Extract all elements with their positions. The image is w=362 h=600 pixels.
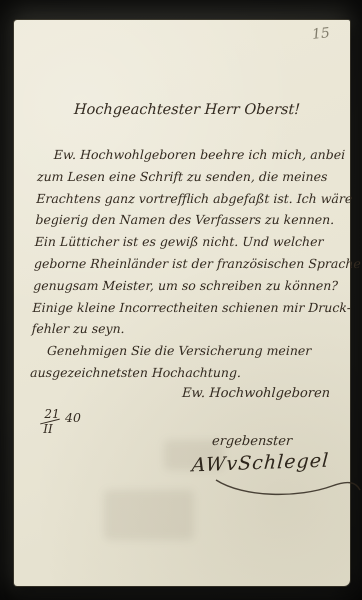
- date-fraction: 21 II: [40, 408, 60, 435]
- letter-line: Ew. Hochwohlgeboren beehre ich mich, anb…: [37, 144, 350, 166]
- letter-line: Ein Lütticher ist es gewiß nicht. Und we…: [34, 231, 347, 253]
- letter-page: 15 Hochgeachtester Herr Oberst! Ew. Hoch…: [14, 20, 350, 586]
- letter-line: Erachtens ganz vortrefflich abgefaßt ist…: [36, 188, 349, 210]
- letter-line: Einige kleine Incorrectheiten schienen m…: [32, 297, 345, 319]
- letter-line: genugsam Meister, um so schreiben zu kön…: [33, 275, 346, 297]
- date-year: 40: [65, 410, 81, 425]
- date-month: II: [43, 423, 52, 435]
- valediction-line: Ew. Hochwohlgeboren: [182, 386, 331, 401]
- date-line: 21 II 40: [40, 408, 81, 435]
- photo-backdrop: 15 Hochgeachtester Herr Oberst! Ew. Hoch…: [0, 0, 362, 600]
- letter-body: Ew. Hochwohlgeboren beehre ich mich, anb…: [30, 144, 350, 384]
- closing-word: ergebenster: [211, 434, 292, 449]
- letter-line: begierig den Namen des Verfassers zu ken…: [35, 209, 348, 231]
- letter-line: ausgezeichnetsten Hochachtung.: [30, 362, 343, 384]
- letter-line: zum Lesen eine Schrift zu senden, die me…: [37, 166, 350, 188]
- letter-line: geborne Rheinländer ist der französische…: [34, 253, 347, 275]
- folio-number: 15: [311, 25, 330, 43]
- letter-line: Genehmigen Sie die Versicherung meiner: [31, 340, 344, 362]
- letter-line: fehler zu seyn.: [31, 318, 344, 340]
- ink-bleed-through: [104, 490, 194, 540]
- signature-flourish: [214, 472, 362, 500]
- salutation-line: Hochgeachtester Herr Oberst!: [74, 102, 301, 118]
